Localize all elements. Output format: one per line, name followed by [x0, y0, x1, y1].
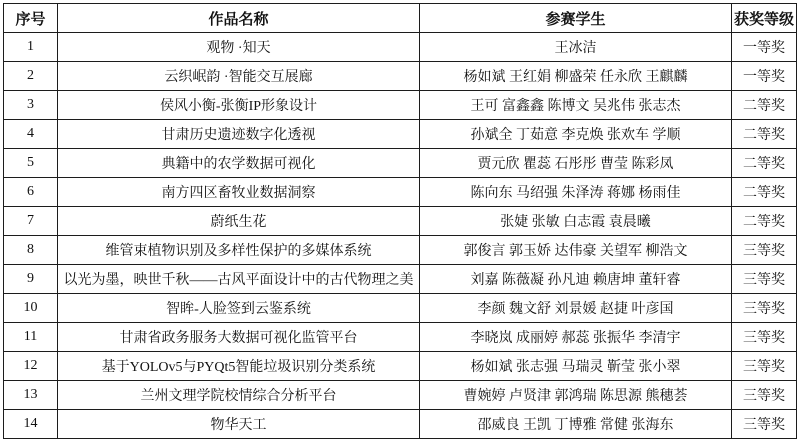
work-name-cell: 维管束植物识别及多样性保护的多媒体系统 [58, 236, 420, 265]
table-row: 12基于YOLOv5与PYQt5智能垃圾识别分类系统杨如斌 张志强 马瑞灵 靳莹… [4, 352, 797, 381]
table-row: 10智眸-人脸签到云鉴系统李颜 魏文舒 刘景媛 赵捷 叶彦国三等奖 [4, 294, 797, 323]
award-level-cell: 三等奖 [732, 294, 797, 323]
students-cell: 张婕 张敏 白志霞 袁晨曦 [420, 207, 732, 236]
work-name-cell: 蔚纸生花 [58, 207, 420, 236]
work-name-cell: 南方四区畜牧业数据洞察 [58, 178, 420, 207]
header-row: 序号 作品名称 参赛学生 获奖等级 [4, 4, 797, 33]
students-cell: 刘嘉 陈薇凝 孙凡迪 赖唐坤 董轩睿 [420, 265, 732, 294]
row-number-cell: 7 [4, 207, 58, 236]
students-cell: 杨如斌 王红娟 柳盛荣 任永欣 王麒麟 [420, 62, 732, 91]
work-name-cell: 甘肃历史遗迹数字化透视 [58, 120, 420, 149]
award-level-cell: 三等奖 [732, 323, 797, 352]
students-cell: 邵威良 王凯 丁博雅 常健 张海东 [420, 410, 732, 439]
table-row: 8维管束植物识别及多样性保护的多媒体系统郭俊言 郭玉娇 达伟豪 关望军 柳浩文三… [4, 236, 797, 265]
work-name-cell: 智眸-人脸签到云鉴系统 [58, 294, 420, 323]
work-name-cell: 侯风小衡-张衡IP形象设计 [58, 91, 420, 120]
table-row: 4甘肃历史遗迹数字化透视孙斌全 丁茹意 李克焕 张欢车 学顺二等奖 [4, 120, 797, 149]
header-award-level: 获奖等级 [732, 4, 797, 33]
header-students: 参赛学生 [420, 4, 732, 33]
row-number-cell: 8 [4, 236, 58, 265]
row-number-cell: 5 [4, 149, 58, 178]
award-level-cell: 二等奖 [732, 91, 797, 120]
table-body: 1观物 ·知天王冰洁一等奖2云织岷韵 ·智能交互展廊杨如斌 王红娟 柳盛荣 任永… [4, 33, 797, 439]
table-row: 14物华天工邵威良 王凯 丁博雅 常健 张海东三等奖 [4, 410, 797, 439]
row-number-cell: 3 [4, 91, 58, 120]
table-row: 6南方四区畜牧业数据洞察陈向东 马绍强 朱泽涛 蒋娜 杨雨佳二等奖 [4, 178, 797, 207]
work-name-cell: 甘肃省政务服务大数据可视化监管平台 [58, 323, 420, 352]
table-row: 5典籍中的农学数据可视化贾元欣 瞿蕊 石彤彤 曹莹 陈彩凤二等奖 [4, 149, 797, 178]
award-results-table: 序号 作品名称 参赛学生 获奖等级 1观物 ·知天王冰洁一等奖2云织岷韵 ·智能… [3, 3, 797, 439]
students-cell: 李颜 魏文舒 刘景媛 赵捷 叶彦国 [420, 294, 732, 323]
work-name-cell: 兰州文理学院校情综合分析平台 [58, 381, 420, 410]
award-level-cell: 三等奖 [732, 410, 797, 439]
row-number-cell: 11 [4, 323, 58, 352]
header-serial-number: 序号 [4, 4, 58, 33]
award-level-cell: 三等奖 [732, 236, 797, 265]
row-number-cell: 1 [4, 33, 58, 62]
work-name-cell: 典籍中的农学数据可视化 [58, 149, 420, 178]
students-cell: 陈向东 马绍强 朱泽涛 蒋娜 杨雨佳 [420, 178, 732, 207]
work-name-cell: 以光为墨，映世千秋——古风平面设计中的古代物理之美 [58, 265, 420, 294]
students-cell: 李晓岚 成丽婷 郝蕊 张振华 李清宇 [420, 323, 732, 352]
work-name-cell: 观物 ·知天 [58, 33, 420, 62]
award-level-cell: 二等奖 [732, 120, 797, 149]
work-name-cell: 物华天工 [58, 410, 420, 439]
table-row: 9以光为墨，映世千秋——古风平面设计中的古代物理之美刘嘉 陈薇凝 孙凡迪 赖唐坤… [4, 265, 797, 294]
award-level-cell: 一等奖 [732, 33, 797, 62]
row-number-cell: 9 [4, 265, 58, 294]
row-number-cell: 4 [4, 120, 58, 149]
award-level-cell: 二等奖 [732, 178, 797, 207]
table-row: 3侯风小衡-张衡IP形象设计王可 富鑫鑫 陈博文 吴兆伟 张志杰二等奖 [4, 91, 797, 120]
work-name-cell: 基于YOLOv5与PYQt5智能垃圾识别分类系统 [58, 352, 420, 381]
row-number-cell: 6 [4, 178, 58, 207]
table-row: 2云织岷韵 ·智能交互展廊杨如斌 王红娟 柳盛荣 任永欣 王麒麟一等奖 [4, 62, 797, 91]
row-number-cell: 10 [4, 294, 58, 323]
students-cell: 郭俊言 郭玉娇 达伟豪 关望军 柳浩文 [420, 236, 732, 265]
row-number-cell: 2 [4, 62, 58, 91]
table-row: 1观物 ·知天王冰洁一等奖 [4, 33, 797, 62]
students-cell: 孙斌全 丁茹意 李克焕 张欢车 学顺 [420, 120, 732, 149]
table-row: 7蔚纸生花张婕 张敏 白志霞 袁晨曦二等奖 [4, 207, 797, 236]
header-work-name: 作品名称 [58, 4, 420, 33]
work-name-cell: 云织岷韵 ·智能交互展廊 [58, 62, 420, 91]
table-row: 11甘肃省政务服务大数据可视化监管平台李晓岚 成丽婷 郝蕊 张振华 李清宇三等奖 [4, 323, 797, 352]
table-row: 13兰州文理学院校情综合分析平台曹婉婷 卢贤津 郭鸿瑞 陈思源 熊穗荟三等奖 [4, 381, 797, 410]
students-cell: 王可 富鑫鑫 陈博文 吴兆伟 张志杰 [420, 91, 732, 120]
award-level-cell: 一等奖 [732, 62, 797, 91]
award-level-cell: 二等奖 [732, 149, 797, 178]
row-number-cell: 14 [4, 410, 58, 439]
award-level-cell: 二等奖 [732, 207, 797, 236]
award-level-cell: 三等奖 [732, 265, 797, 294]
award-level-cell: 三等奖 [732, 352, 797, 381]
row-number-cell: 13 [4, 381, 58, 410]
award-level-cell: 三等奖 [732, 381, 797, 410]
students-cell: 王冰洁 [420, 33, 732, 62]
students-cell: 杨如斌 张志强 马瑞灵 靳莹 张小翠 [420, 352, 732, 381]
students-cell: 曹婉婷 卢贤津 郭鸿瑞 陈思源 熊穗荟 [420, 381, 732, 410]
students-cell: 贾元欣 瞿蕊 石彤彤 曹莹 陈彩凤 [420, 149, 732, 178]
row-number-cell: 12 [4, 352, 58, 381]
